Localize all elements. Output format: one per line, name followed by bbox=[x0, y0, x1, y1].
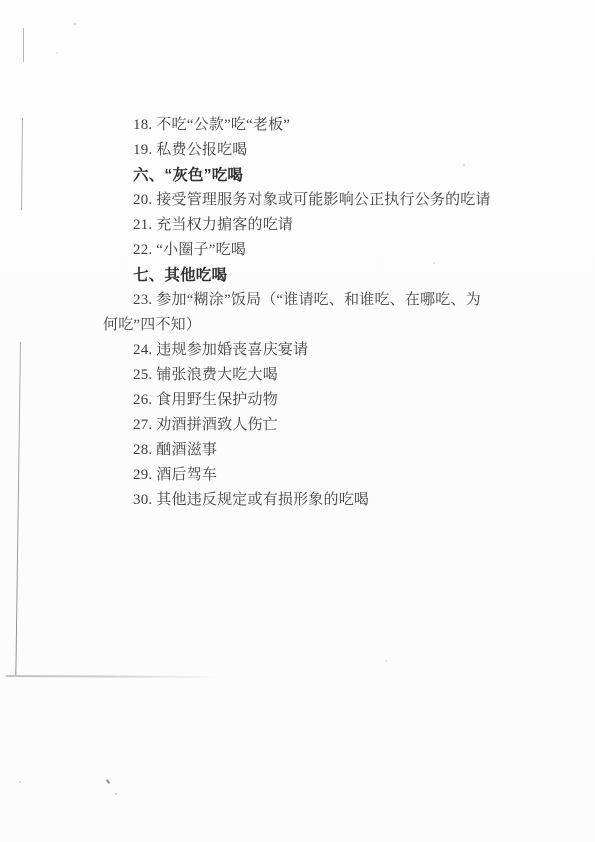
list-item-26: 26. 食用野生保护动物 bbox=[103, 388, 527, 413]
list-item-21: 21. 充当权力掮客的吃请 bbox=[103, 213, 527, 238]
list-item-29: 29. 酒后驾车 bbox=[103, 463, 527, 488]
scan-artifact-vertical-line-long bbox=[15, 342, 21, 676]
section-heading-7: 七、其他吃喝 bbox=[103, 263, 527, 288]
list-item-24: 24. 违规参加婚丧喜庆宴请 bbox=[103, 338, 527, 363]
scan-speck bbox=[56, 52, 58, 54]
scan-speck bbox=[385, 660, 387, 662]
scan-artifact-horizontal-line bbox=[6, 675, 216, 678]
list-item-22: 22. “小圈子”吃喝 bbox=[103, 238, 527, 263]
list-item-19: 19. 私费公报吃喝 bbox=[103, 138, 527, 163]
list-item-23: 23. 参加“糊涂”饭局（“谁请吃、和谁吃、在哪吃、为 何吃”四不知） bbox=[103, 288, 527, 338]
list-item-27: 27. 劝酒拼酒致人伤亡 bbox=[103, 413, 527, 438]
scan-speck bbox=[74, 23, 76, 25]
list-item-30: 30. 其他违反规定或有损形象的吃喝 bbox=[103, 488, 527, 513]
list-item-18: 18. 不吃“公款”吃“老板” bbox=[103, 113, 527, 138]
scan-speck bbox=[115, 793, 117, 795]
scan-artifact-vertical-line-top bbox=[23, 28, 24, 62]
list-item-20: 20. 接受管理服务对象或可能影响公正执行公务的吃请 bbox=[103, 188, 527, 213]
scan-artifact-vertical-line-middle bbox=[21, 118, 23, 210]
scan-speck bbox=[19, 781, 21, 783]
list-item-25: 25. 铺张浪费大吃大喝 bbox=[103, 363, 527, 388]
scan-speck bbox=[106, 779, 111, 784]
document-text-block: 18. 不吃“公款”吃“老板” 19. 私费公报吃喝 六、“灰色”吃喝 20. … bbox=[103, 113, 527, 513]
section-heading-6: 六、“灰色”吃喝 bbox=[103, 163, 527, 188]
scanned-page: 18. 不吃“公款”吃“老板” 19. 私费公报吃喝 六、“灰色”吃喝 20. … bbox=[0, 0, 595, 842]
list-item-28: 28. 酗酒滋事 bbox=[103, 438, 527, 463]
